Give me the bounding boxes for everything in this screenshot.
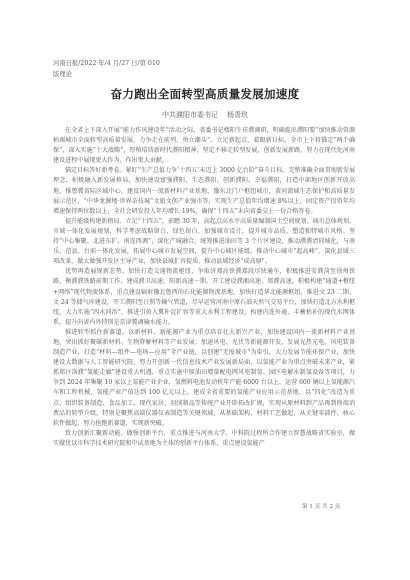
paragraph: 推进转型抓住新赛道。以新材料、新能源产业为重点培育壮大新兴产业，加快建设国内一流… bbox=[53, 328, 355, 429]
article-body: 在全省上下深入开展“能力作风建设年”活动之际，省委书记楼阳生莅濮调研，明确提出濮… bbox=[53, 126, 355, 449]
author-name: 杨青玖 bbox=[227, 111, 248, 119]
paragraph: 致力创新汇聚新动能。做强创新平台，重点推进与河南大学、中科院过程所合作建立智慧战… bbox=[53, 429, 355, 449]
author-position: 中共濮阳市委书记 bbox=[162, 111, 218, 119]
page-indicator: 第 1 页 共 2 页 bbox=[302, 502, 340, 510]
paragraph: 在全省上下深入开展“能力作风建设年”活动之际，省委书记楼阳生莅濮调研，明确提出濮… bbox=[53, 126, 355, 166]
paragraph: 优势再造展现新态势。加快打造交通物流枢纽，争取济郑高铁濮郑段尽快通车，积极推进安… bbox=[53, 267, 355, 328]
paragraph: 提升能级构建新格局。立足“十四五”，前瞻 30 年，高起点高水平高质量编制国土空… bbox=[53, 217, 355, 267]
paragraph: 锚定目标答好新考卷。紧盯“生产总值力争‘十四五’末迈上 3000 亿台阶”奋斗目… bbox=[53, 166, 355, 216]
author-line: 中共濮阳市委书记杨青玖 bbox=[0, 110, 410, 120]
document-page: 河南日报/2022 年/4 月/27 日/第 010 版理论 奋力跑出全面转型高… bbox=[0, 0, 410, 580]
source-info: 河南日报/2022 年/4 月/27 日/第 010 版理论 bbox=[53, 58, 160, 80]
section-line: 版理论 bbox=[53, 69, 160, 80]
source-line: 河南日报/2022 年/4 月/27 日/第 010 bbox=[53, 58, 160, 69]
article-title: 奋力跑出全面转型高质量发展加速度 bbox=[0, 86, 410, 102]
